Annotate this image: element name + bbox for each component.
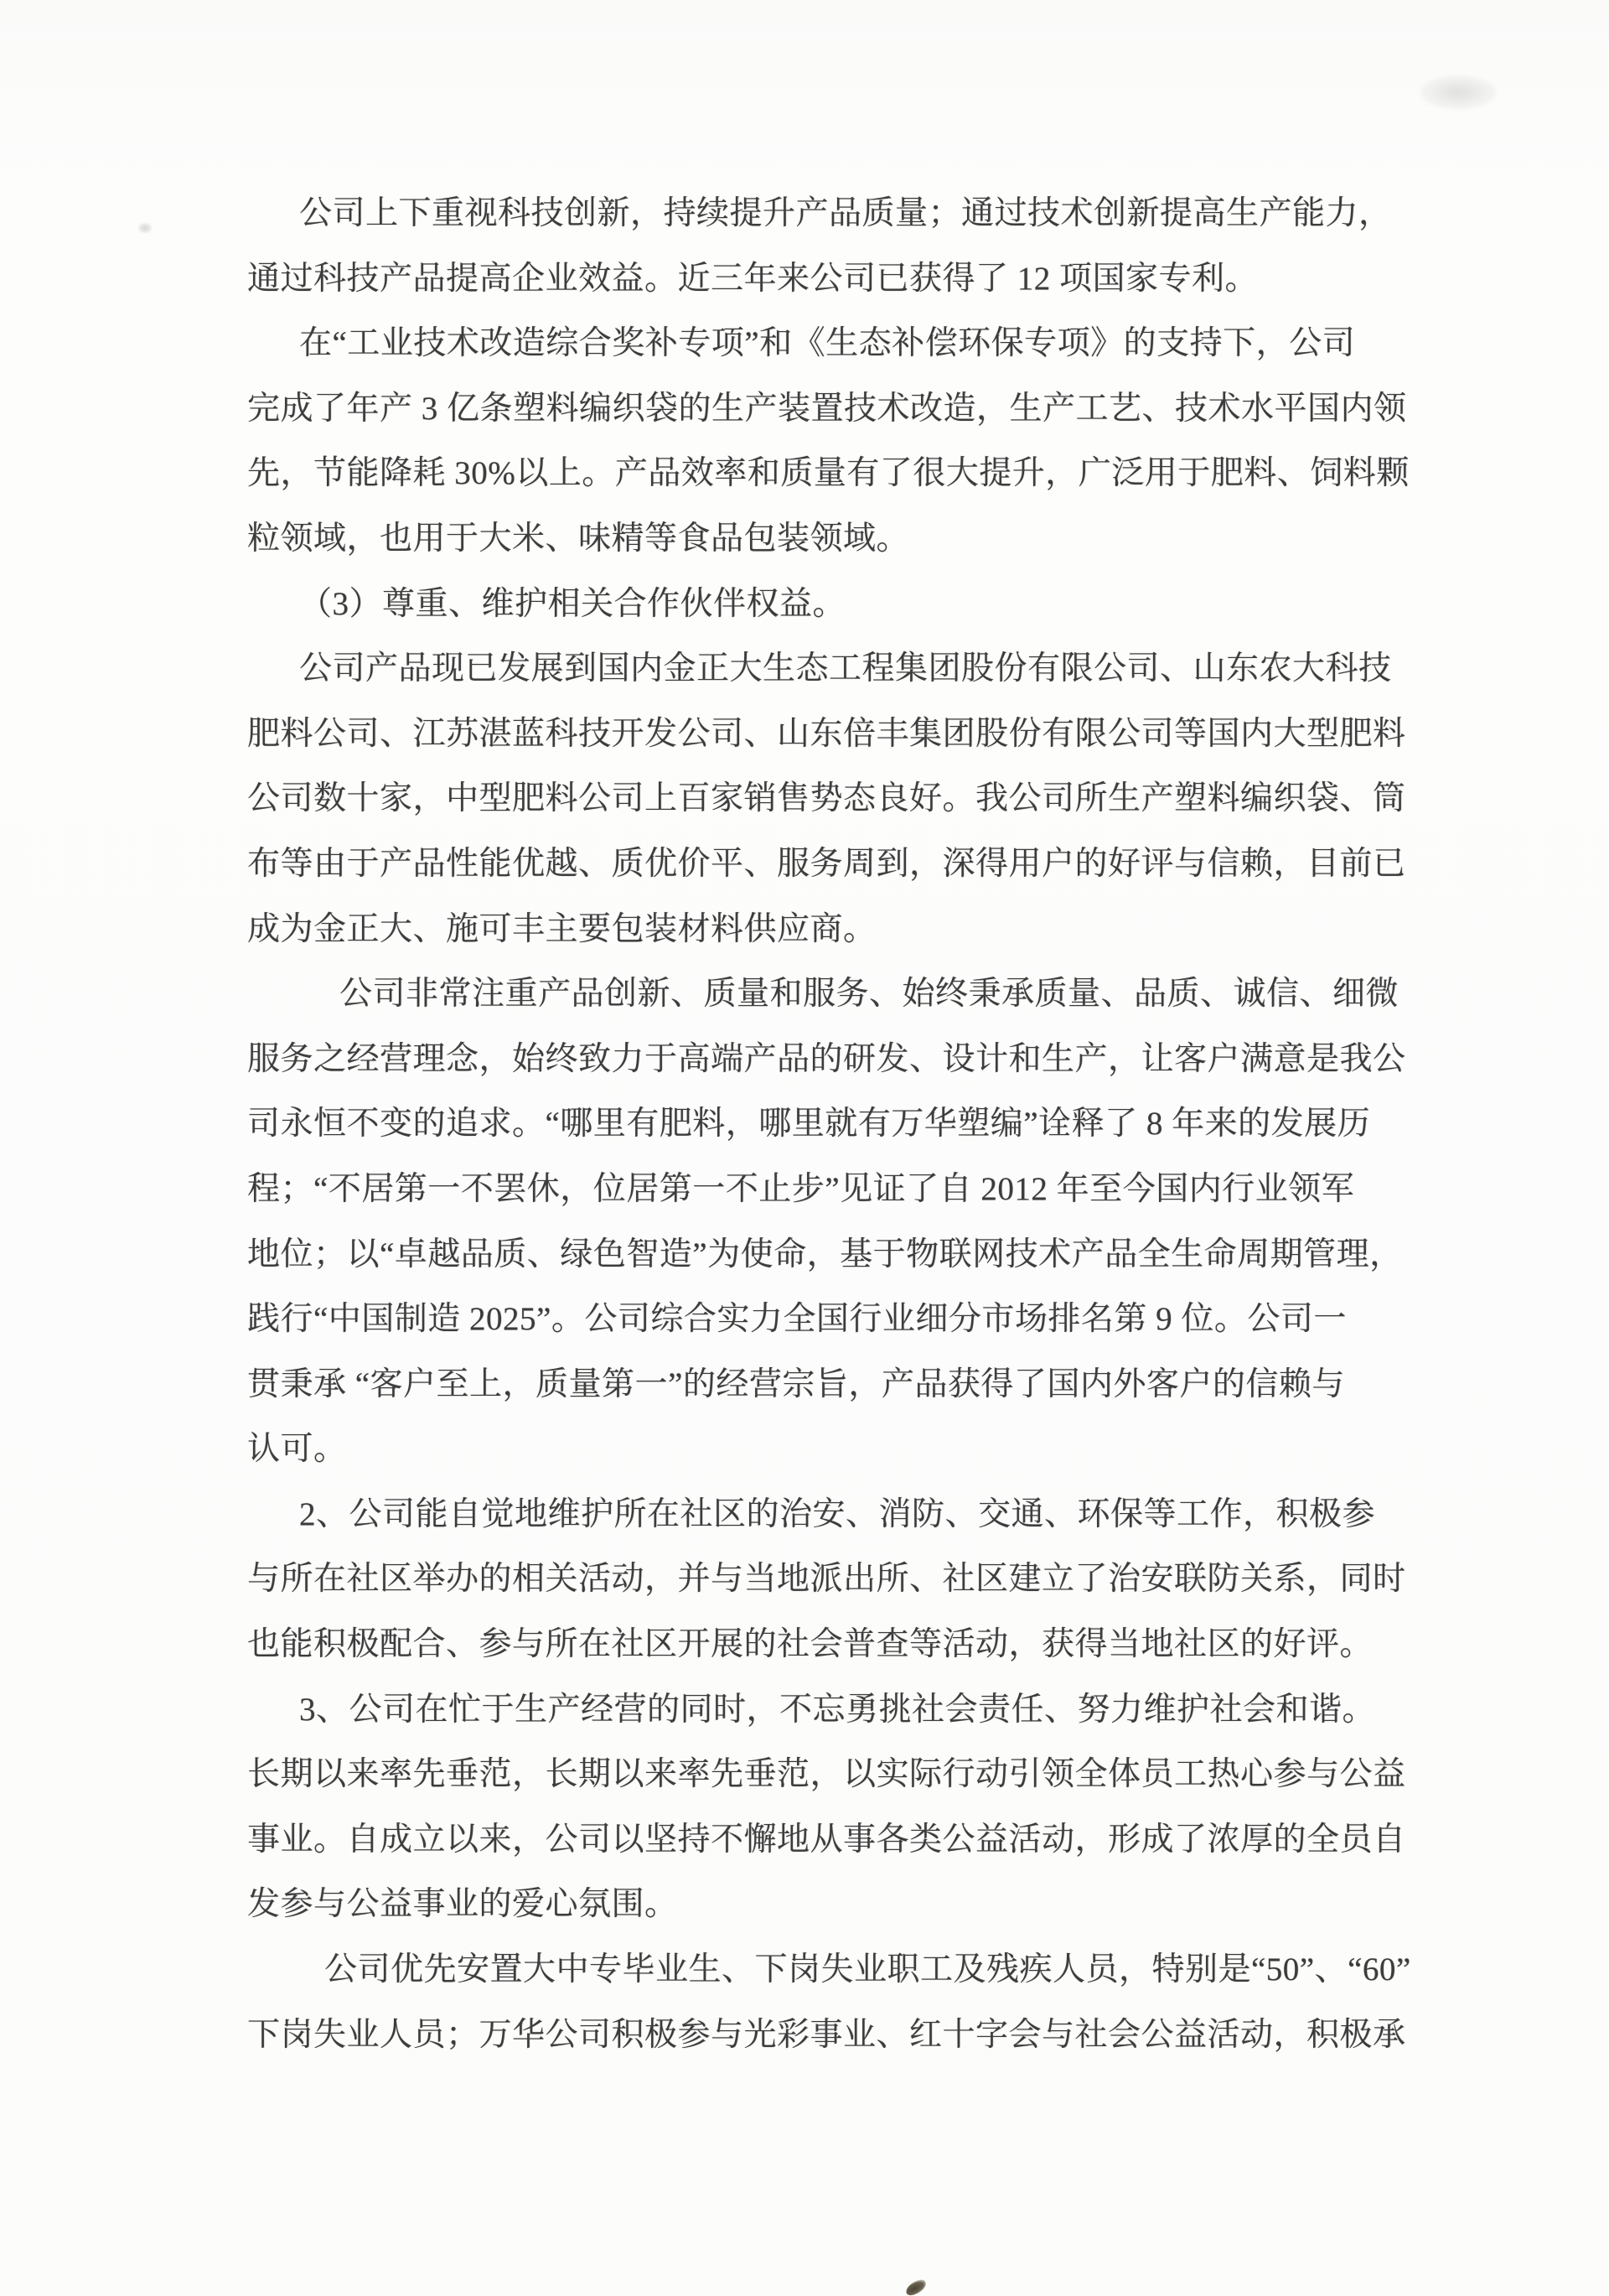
text-line: 完成了年产 3 亿条塑料编织袋的生产装置技术改造，生产工艺、技术水平国内领: [247, 376, 1420, 442]
document-body: 公司上下重视科技创新，持续提升产品质量；通过技术创新提高生产能力，通过科技产品提…: [247, 181, 1420, 2067]
text-line: 成为金正大、施可丰主要包装材料供应商。: [247, 897, 1420, 962]
text-line: 肥料公司、江苏湛蓝科技开发公司、山东倍丰集团股份有限公司等国内大型肥料: [247, 702, 1420, 767]
text-line: 2、公司能自觉地维护所在社区的治安、消防、交通、环保等工作，积极参: [247, 1482, 1420, 1547]
faint-dot: [138, 223, 152, 233]
text-line: 事业。自成立以来，公司以坚持不懈地从事各类公益活动，形成了浓厚的全员自: [247, 1807, 1420, 1873]
text-line: 司永恒不变的追求。“哪里有肥料，哪里就有万华塑编”诠释了 8 年来的发展历: [247, 1091, 1420, 1157]
text-line: 公司上下重视科技创新，持续提升产品质量；通过技术创新提高生产能力，: [247, 181, 1420, 246]
text-line: 认可。: [247, 1417, 1420, 1482]
text-line: 服务之经营理念，始终致力于高端产品的研发、设计和生产，让客户满意是我公: [247, 1027, 1420, 1092]
text-line: 公司非常注重产品创新、质量和服务、始终秉承质量、品质、诚信、细微: [247, 961, 1420, 1027]
text-line: 践行“中国制造 2025”。公司综合实力全国行业细分市场排名第 9 位。公司一: [247, 1287, 1420, 1352]
text-line: 先，节能降耗 30%以上。产品效率和质量有了很大提升，广泛用于肥料、饲料颗: [247, 441, 1420, 506]
text-line: 公司数十家，中型肥料公司上百家销售势态良好。我公司所生产塑料编织袋、筒: [247, 766, 1420, 832]
text-line: 公司产品现已发展到国内金正大生态工程集团股份有限公司、山东农大科技: [247, 636, 1420, 702]
text-line: 贯秉承 “客户至上，质量第一”的经营宗旨，产品获得了国内外客户的信赖与: [247, 1352, 1420, 1418]
text-line: 布等由于产品性能优越、质优价平、服务周到，深得用户的好评与信赖，目前已: [247, 832, 1420, 897]
text-line: 下岗失业人员；万华公司积极参与光彩事业、红十字会与社会公益活动，积极承: [247, 2003, 1420, 2068]
text-line: 通过科技产品提高企业效益。近三年来公司已获得了 12 项国家专利。: [247, 246, 1420, 312]
text-line: 也能积极配合、参与所在社区开展的社会普查等活动，获得当地社区的好评。: [247, 1612, 1420, 1677]
text-line: 粒领域，也用于大米、味精等食品包装领域。: [247, 506, 1420, 572]
text-line: 在“工业技术改造综合奖补专项”和《生态补偿环保专项》的支持下，公司: [247, 311, 1420, 376]
text-line: 公司优先安置大中专毕业生、下岗失业职工及残疾人员，特别是“50”、“60”: [247, 1937, 1420, 2003]
text-line: 发参与公益事业的爱心氛围。: [247, 1872, 1420, 1937]
text-line: 与所在社区举办的相关活动，并与当地派出所、社区建立了治安联防关系，同时: [247, 1547, 1420, 1612]
scanned-document-page: { "page": { "background_color": "#fbfbfa…: [0, 0, 1609, 2296]
text-line: 3、公司在忙于生产经营的同时，不忘勇挑社会责任、努力维护社会和谐。: [247, 1677, 1420, 1743]
text-line: 长期以来率先垂范，长期以来率先垂范，以实际行动引领全体员工热心参与公益: [247, 1742, 1420, 1807]
faint-smudge: [1420, 75, 1496, 109]
text-line: 地位；以“卓越品质、绿色智造”为使命，基于物联网技术产品全生命周期管理，: [247, 1222, 1420, 1288]
text-line: 程；“不居第一不罢休，位居第一不止步”见证了自 2012 年至今国内行业领军: [247, 1157, 1420, 1222]
text-line: （3）尊重、维护相关合作伙伴权益。: [247, 572, 1420, 637]
